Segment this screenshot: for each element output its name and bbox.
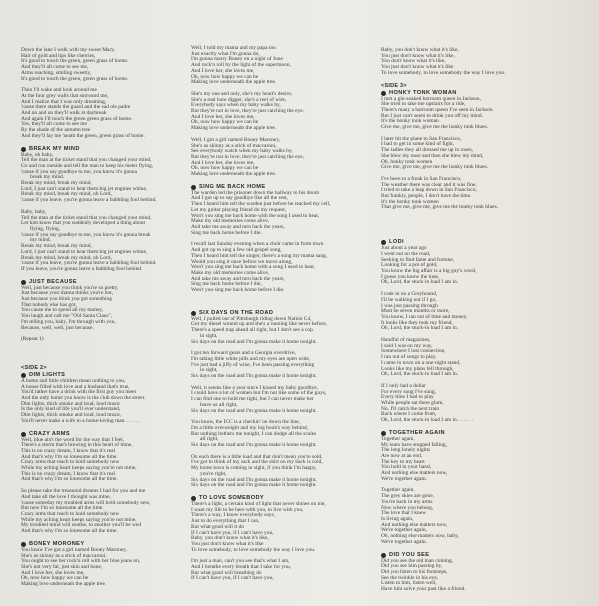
lyric-line: Because, well, well, just because.: [21, 326, 196, 332]
honky-tonk-stanza-3: I've been to a freak in San Francisco,Th…: [381, 177, 581, 211]
lyric-line: Give me, give me, give me the honky tonk…: [381, 125, 581, 131]
lyric-line: Making love underneath the apple tree.: [191, 126, 371, 132]
boney-moroney-stanza-1: You know I've got a girl named Boney Mar…: [21, 548, 196, 588]
track-bullet-icon: [21, 432, 26, 437]
lyric-line: Making love underneath the apple tree.: [191, 80, 371, 86]
to-love-somebody-stanza-3: Baby, you don't know what it's like,You …: [381, 48, 581, 77]
six-days-stanza-5: On each there is a little load and that …: [191, 455, 371, 489]
lyric-line: Won't you sing me back home before I die…: [191, 288, 371, 294]
break-my-mind-stanza-2: Baby, baby,Tell the man at the ticket st…: [21, 210, 196, 273]
sing-me-back-home-stanza-2: I recall last Sunday evening when a choi…: [191, 242, 371, 293]
lyric-line: And that's why I'm so lonesome all the t…: [21, 529, 196, 535]
together-again-stanza-2: Together again,The grey skies are gone,Y…: [381, 488, 581, 545]
did-you-see-stanza-1: Did you see the old man coming,Did you s…: [381, 559, 581, 593]
to-love-somebody-stanza-2: I'm just a man, can't you see that's wha…: [191, 559, 371, 582]
side-3-label: <SIDE 3>: [381, 83, 581, 90]
lyric-line: And they'll lay me 'neath the green, gre…: [21, 134, 196, 140]
lyric-line: Oh, Lord, the stuck-in load I am in.: [381, 280, 581, 286]
lyric-line: Oh, Lord, the stuck-in load I am in.: [381, 326, 581, 332]
intro-stanza-1: Down the lane I walk with my sweet Mary,…: [21, 48, 196, 82]
track-bullet-icon: [191, 311, 196, 316]
crazy-arms-stanza-2: So please take the treasured dreams I ha…: [21, 489, 196, 535]
track-bullet-icon: [21, 147, 26, 152]
side-2-label: <SIDE 2>: [21, 365, 196, 372]
column-1: Down the lane I walk with my sweet Mary,…: [21, 48, 196, 594]
together-again-stanza-1: Together again,My tears have stopped fal…: [381, 437, 581, 483]
lyric-line: Have him solve your past like a friend.: [381, 587, 581, 593]
just-because-stanza-1: Well, just because you think you're so p…: [21, 286, 196, 332]
column-2: Well, I told my mama and my papa tooJust…: [191, 46, 371, 588]
lyric-line: It's good to touch the green, green gras…: [21, 77, 196, 83]
track-bullet-icon: [381, 91, 386, 96]
sing-me-back-home-stanza-1: The warden led the prisoner down the hal…: [191, 191, 371, 237]
lyric-line: And that's why I'm so lonesome all the t…: [21, 477, 196, 483]
lyric-line: To love somebody, to love somebody the w…: [191, 548, 371, 554]
repeat-note: (Repeat 1): [21, 337, 196, 343]
lyric-line: To love somebody, to love somebody the w…: [381, 71, 581, 77]
crazy-arms-stanza-1: Well, blue ain't the word for the way th…: [21, 438, 196, 484]
lyric-line: Six days on the road and I'm gonna make …: [191, 483, 371, 489]
lyric-line: We're together again.: [381, 540, 581, 546]
boney-moroney-stanza-2: Well, I told my mama and my papa tooJust…: [191, 46, 371, 86]
lyric-line: Six days on the road and I'm gonna make …: [191, 443, 371, 449]
lyric-line: If you leave, you're gonna leave a babbl…: [21, 267, 196, 273]
break-my-mind-stanza-1: Baby, oh baby,Tell the man at the ticket…: [21, 153, 196, 204]
lyric-line: We're together again.: [381, 477, 581, 483]
lodi-stanza-4: If I only had a dollarFor every song I'v…: [381, 384, 581, 424]
six-days-stanza-4: You know, the ICC is a checkin' on down …: [191, 420, 371, 449]
lyric-line: Making love underneath the apple tree.: [21, 582, 196, 588]
boney-moroney-stanza-3: She's my one and only, she's my heart's …: [191, 92, 371, 132]
column-3: Baby, you don't know what it's like,You …: [381, 48, 581, 599]
six-days-stanza-3: Well, it seems like a year since I kisse…: [191, 386, 371, 415]
honky-tonk-stanza-2: I later hit the plane to San Francisco,I…: [381, 137, 581, 171]
lyric-line: Six days on the road and I'm gonna make …: [191, 374, 371, 380]
to-love-somebody-stanza-1: There's a light, a certain kind of light…: [191, 502, 371, 553]
track-bullet-icon: [21, 280, 26, 285]
lyric-line: Oh, Lord, the stuck-in load I am in . . …: [381, 418, 581, 424]
six-days-stanza-2: I got ten forward gears and a Georgia ov…: [191, 351, 371, 380]
lodi-stanza-3: Handful of magazines,I said I was on my …: [381, 338, 581, 378]
boney-moroney-stanza-4: Well, I got a girl named Boney Maroney,S…: [191, 138, 371, 178]
lodi-stanza-1: Just about a year agoI went out on the r…: [381, 246, 581, 286]
track-bullet-icon: [381, 553, 386, 558]
lyric-line: That give me, give me, give me the honky…: [381, 205, 581, 211]
honky-tonk-stanza-1: I met a gin-soaked barroom queen in Jack…: [381, 97, 581, 131]
lyric-line: Sing me back home before I die.: [191, 231, 371, 237]
lyric-line: 'cause if you leave, you're gonna leave …: [21, 198, 196, 204]
six-days-stanza-1: Well, I pulled out of Pittsburgh riding …: [191, 317, 371, 346]
lyric-line: If I can't have you, if I can't have you…: [191, 576, 371, 582]
lyric-line: Oh, Lord, the stuck-in load I am in.: [381, 372, 581, 378]
lyric-line: Making love underneath the apple tree.: [191, 172, 371, 178]
lyric-line: You'll never make a wife to a home-lovin…: [21, 419, 196, 425]
intro-stanza-2: Then I'll wake and look around meAt the …: [21, 88, 196, 139]
lodi-stanza-2: I rode in on a Greyhound,I'll be walking…: [381, 292, 581, 332]
lyric-line: Give me, give me, give me the honky tonk…: [381, 165, 581, 171]
dim-lights-stanza-1: A home and little children mean nothing …: [21, 379, 196, 425]
lyric-line: Six days on the road and I'm gonna make …: [191, 409, 371, 415]
lyric-line: Six days on the road and I'm gonna make …: [191, 340, 371, 346]
lyric-sheet: Down the lane I walk with my sweet Mary,…: [0, 0, 599, 606]
